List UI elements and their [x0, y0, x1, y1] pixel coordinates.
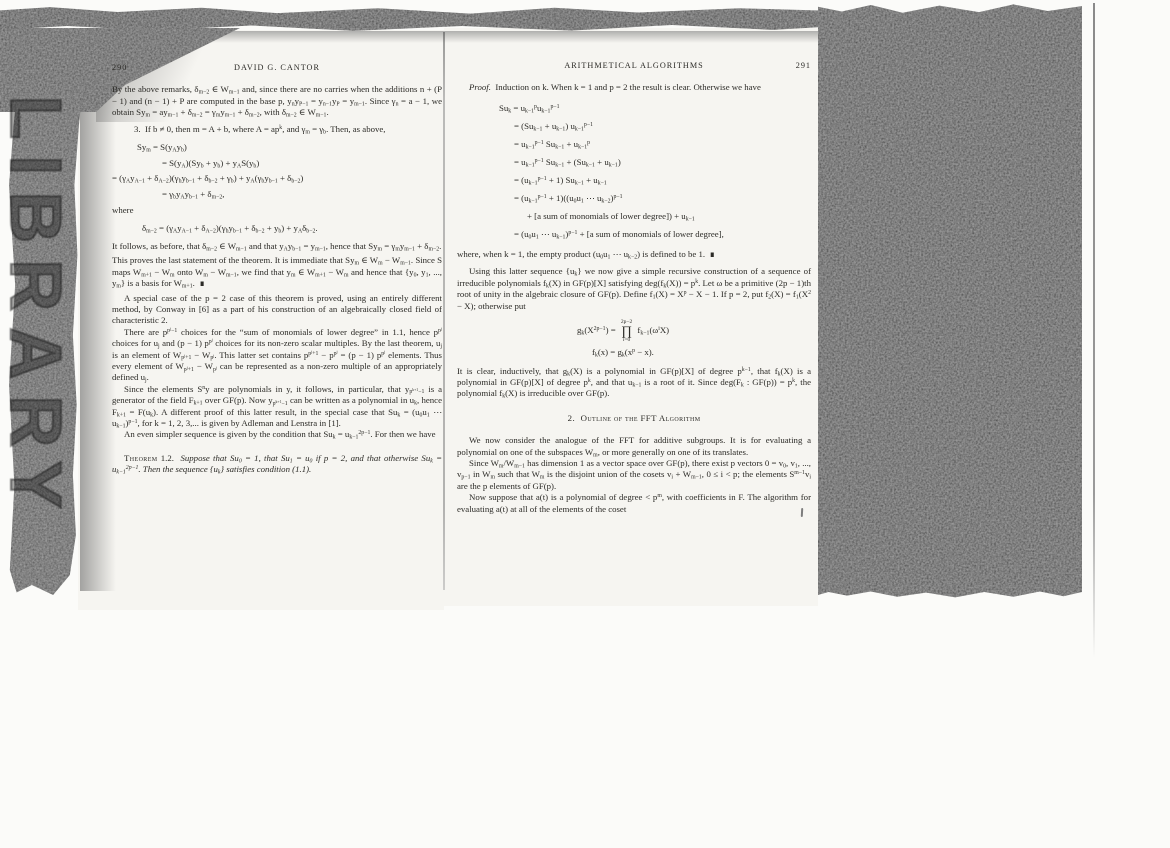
right-page-column: ARITHMETICAL ALGORITHMS 291 Proof. Induc… — [457, 60, 811, 515]
paragraph-proves: This proves the last statement of the th… — [112, 255, 442, 289]
right-page-number: 291 — [769, 60, 811, 71]
paragraph-follows: It follows, as before, that δm−2 ∈ Wm−1 … — [112, 241, 442, 252]
copier-edge-line — [1093, 3, 1095, 658]
paragraph-using-sequence: Using this latter sequence {uk} we now g… — [457, 266, 811, 312]
page-fold-line — [443, 32, 445, 590]
paragraph-simpler-sequence: An even simpler sequence is given by the… — [112, 429, 442, 440]
equation-line: Sym = S(yAyb) — [137, 141, 442, 155]
scanned-paper-spread: LIBRARY 290 DAVID G. CANTOR By the above… — [0, 0, 1170, 848]
left-page-header: 290 DAVID G. CANTOR — [112, 62, 442, 73]
equation-line: + [a sum of monomials of lower degree]) … — [527, 210, 811, 224]
equation-sym-block: Sym = S(yAyb) = S(yA)(Syb + yb) + yAS(yb… — [112, 141, 442, 201]
photocopy-right-dark-block — [818, 2, 1082, 598]
left-page-column: 290 DAVID G. CANTOR By the above remarks… — [112, 62, 442, 476]
equation-g-block: gk(X2p−1) = 2p−2∏i=0 fk−1(ωiX) fk(x) = g… — [457, 319, 811, 360]
equation-line: = (Suk−1 + uk−1) uk−1p−1 — [514, 120, 811, 134]
paragraph-since-dimension: Since Wm/Wm−1 has dimension 1 as a vecto… — [457, 458, 811, 492]
equation-line: = uk−1p−1 Suk−1 + uk−1p — [514, 138, 811, 152]
paragraph-elements: Since the elements Sny are polynomials i… — [112, 384, 442, 430]
equation-su-block: Suk = uk−1puk−1p−1 = (Suk−1 + uk−1) uk−1… — [457, 102, 811, 242]
paragraph-remarks: By the above remarks, δm−2 ∈ Wm−1 and, s… — [112, 84, 442, 118]
equation-line: = uk−1p−1 Suk−1 + (Suk−1 + uk−1) — [514, 156, 811, 170]
where-label: where — [112, 205, 442, 216]
paragraph-fft-analogue: We now consider the analogue of the FFT … — [457, 435, 811, 458]
theorem-1-2: Theorem 1.2. Suppose that Su0 = 1, that … — [112, 453, 442, 476]
equation-line: = (γAyA−1 + δA−2)(γbyb−1 + δb−2 + γb) + … — [112, 172, 442, 186]
equation-delta: δm−2 = (γAyA−1 + δA−2)(γbyb−1 + δb−2 + y… — [142, 222, 442, 236]
right-running-head: ARITHMETICAL ALGORITHMS — [499, 60, 769, 71]
paragraph-where-empty-product: where, when k = 1, the empty product (u0… — [457, 249, 811, 260]
equation-line: = (uk−1p−1 + 1) Suk−1 + uk−1 — [514, 174, 811, 188]
library-stamp-text: LIBRARY — [0, 30, 70, 590]
equation-line: fk(x) = gk(xp − x). — [592, 346, 811, 360]
left-page-number: 290 — [112, 62, 154, 73]
equation-line: gk(X2p−1) = 2p−2∏i=0 fk−1(ωiX) — [577, 319, 811, 343]
paragraph-choices: There are ppj−1 choices for the “sum of … — [112, 327, 442, 384]
left-running-head: DAVID G. CANTOR — [154, 62, 400, 73]
paragraph-item-3: 3. If b ≠ 0, then m = A + b, where A = a… — [112, 124, 442, 135]
equation-line: = (uk−1p−1 + 1)((u0u1 ⋯ uk−2)p−1 — [514, 192, 811, 206]
paragraph-special-case: A special case of the p = 2 case of this… — [112, 293, 442, 327]
section-heading-fft: 2. Outline of the FFT Algorithm — [457, 413, 811, 424]
right-page-header: ARITHMETICAL ALGORITHMS 291 — [457, 60, 811, 71]
equation-line: = γbyAyb−1 + δm−2, — [162, 188, 442, 202]
paragraph-proof: Proof. Induction on k. When k = 1 and p … — [457, 82, 811, 93]
equation-line: = (u0u1 ⋯ uk−1)p−1 + [a sum of monomials… — [514, 228, 811, 242]
equation-line: = S(yA)(Syb + yb) + yAS(yb) — [162, 157, 442, 171]
paragraph-now-suppose: Now suppose that a(t) is a polynomial of… — [457, 492, 811, 515]
equation-line: Suk = uk−1puk−1p−1 — [499, 102, 811, 116]
paragraph-clear-inductively: It is clear, inductively, that gk(X) is … — [457, 366, 811, 400]
